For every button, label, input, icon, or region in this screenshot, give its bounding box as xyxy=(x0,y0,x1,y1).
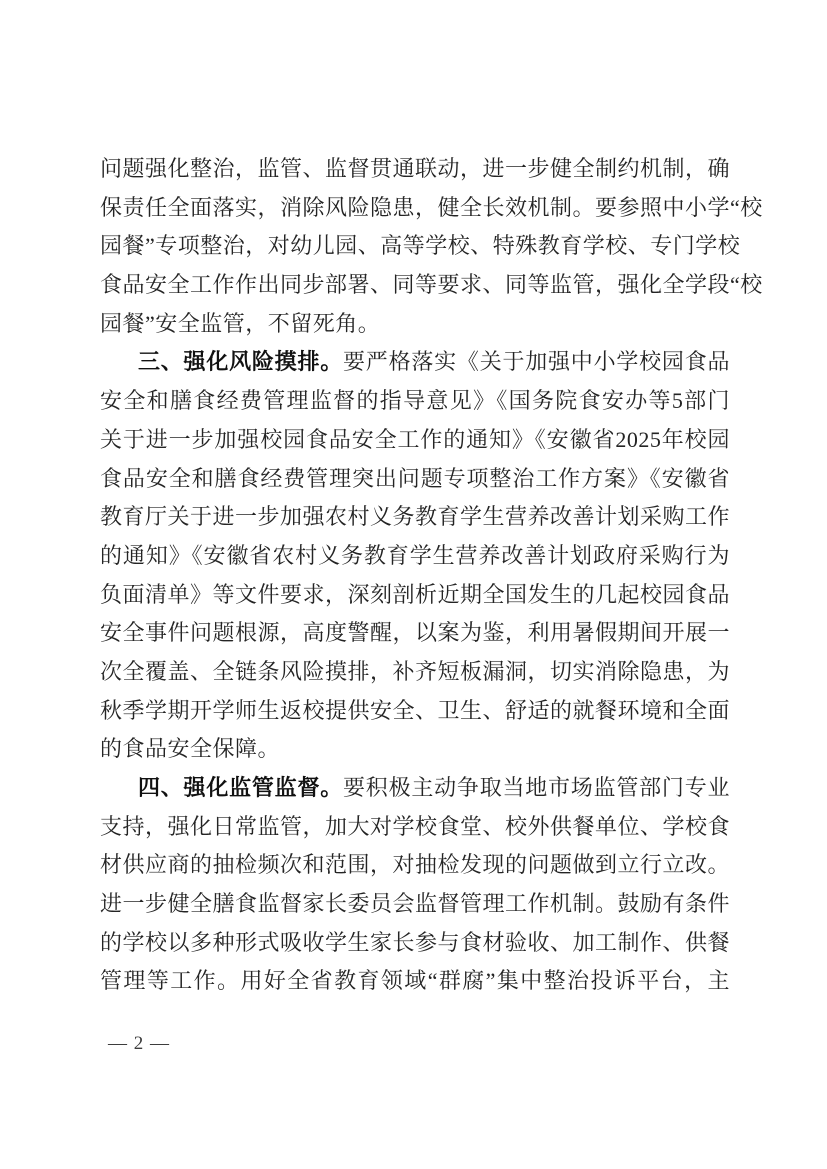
text-line: 关于进一步加强校园食品安全工作的通知》《安徽省2025年校园 xyxy=(100,421,730,460)
section-heading: 三、强化风险摸排。 xyxy=(138,349,343,374)
text-line: 园餐”专项整治，对幼儿园、高等学校、特殊教育学校、专门学校 xyxy=(100,227,730,266)
text-line: 的学校以多种形式吸收学生家长参与食材验收、加工制作、供餐 xyxy=(100,924,730,963)
text-line: 支持，强化日常监管，加大对学校食堂、校外供餐单位、学校食 xyxy=(100,808,730,847)
page-number: — 2 — xyxy=(100,1031,178,1057)
text-line: 管理等工作。用好全省教育领域“群腐”集中整治投诉平台，主 xyxy=(100,962,730,1001)
text-line: 食品安全和膳食经费管理突出问题专项整治工作方案》《安徽省 xyxy=(100,460,730,499)
paragraph-section-3: 三、强化风险摸排。要严格落实《关于加强中小学校园食品 安全和膳食经费管理监督的指… xyxy=(100,343,730,769)
text-line: 次全覆盖、全链条风险摸排，补齐短板漏洞，切实消除隐患，为 xyxy=(100,653,730,692)
paragraph-continuation: 问题强化整治，监管、监督贯通联动，进一步健全制约机制，确 保责任全面落实，消除风… xyxy=(100,150,730,343)
text-line: 材供应商的抽检频次和范围，对抽检发现的问题做到立行立改。 xyxy=(100,846,730,885)
text-line: 教育厅关于进一步加强农村义务教育学生营养改善计划采购工作 xyxy=(100,498,730,537)
text-line: 食品安全工作作出同步部署、同等要求、同等监管，强化全学段“校 xyxy=(100,266,730,305)
text-line: 三、强化风险摸排。要严格落实《关于加强中小学校园食品 xyxy=(100,343,730,382)
text-line: 安全事件问题根源，高度警醒，以案为鉴，利用暑假期间开展一 xyxy=(100,614,730,653)
text-line: 负面清单》等文件要求，深刻剖析近期全国发生的几起校园食品 xyxy=(100,576,730,615)
text-line-rest: 要严格落实《关于加强中小学校园食品 xyxy=(343,349,730,374)
text-line: 秋季学期开学师生返校提供安全、卫生、舒适的就餐环境和全面 xyxy=(100,692,730,731)
section-heading: 四、强化监管监督。 xyxy=(138,775,343,800)
text-line: 保责任全面落实，消除风险隐患，健全长效机制。要参照中小学“校 xyxy=(100,189,730,228)
text-line: 问题强化整治，监管、监督贯通联动，进一步健全制约机制，确 xyxy=(100,150,730,189)
text-line: 的食品安全保障。 xyxy=(100,730,730,769)
text-line: 进一步健全膳食监督家长委员会监督管理工作机制。鼓励有条件 xyxy=(100,885,730,924)
paragraph-section-4: 四、强化监管监督。要积极主动争取当地市场监管部门专业 支持，强化日常监管，加大对… xyxy=(100,769,730,1001)
text-line: 安全和膳食经费管理监督的指导意见》《国务院食安办等5部门 xyxy=(100,382,730,421)
document-page: 问题强化整治，监管、监督贯通联动，进一步健全制约机制，确 保责任全面落实，消除风… xyxy=(0,0,827,1169)
text-line: 园餐”安全监管，不留死角。 xyxy=(100,305,730,344)
text-line: 的通知》《安徽省农村义务教育学生营养改善计划政府采购行为 xyxy=(100,537,730,576)
text-line: 四、强化监管监督。要积极主动争取当地市场监管部门专业 xyxy=(100,769,730,808)
document-text-body: 问题强化整治，监管、监督贯通联动，进一步健全制约机制，确 保责任全面落实，消除风… xyxy=(100,150,730,1001)
text-line-rest: 要积极主动争取当地市场监管部门专业 xyxy=(343,775,730,800)
